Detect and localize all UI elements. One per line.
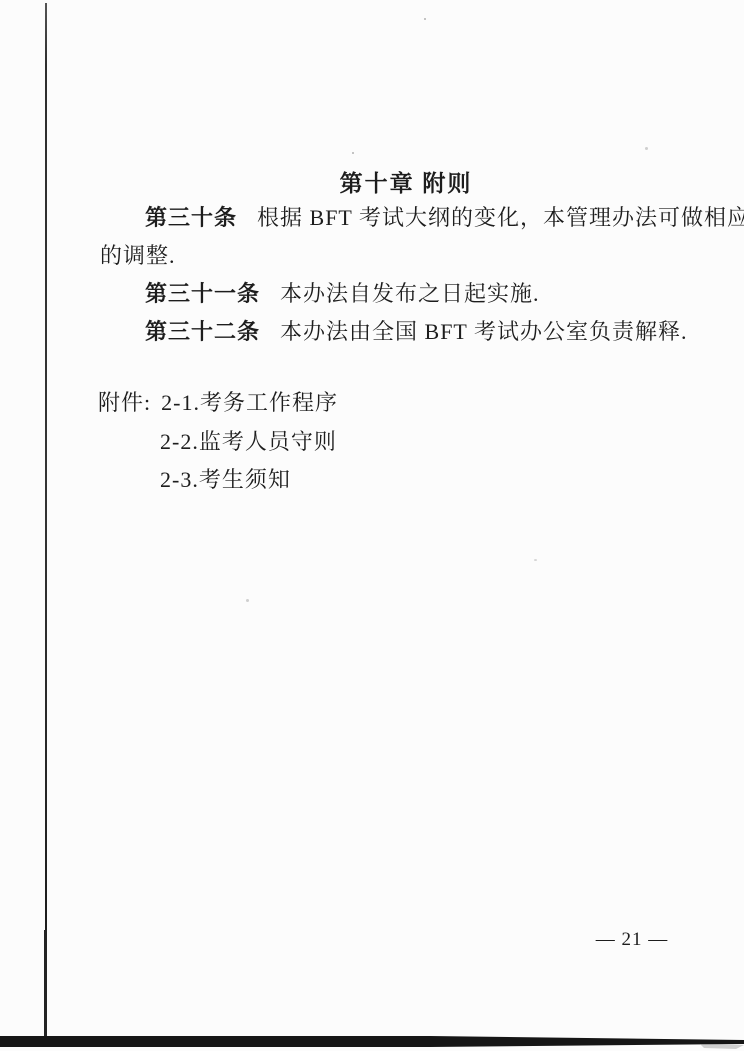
scan-edge-line-left — [45, 3, 47, 1042]
scan-speck — [645, 147, 648, 150]
article-31-line: 第三十一条本办法自发布之日起实施. — [145, 280, 540, 308]
article-30-line-2: 的调整. — [100, 242, 176, 270]
scan-speck — [424, 18, 426, 20]
scanned-document-page: 第十章 附则 第三十条根据 BFT 考试大纲的变化，本管理办法可做相应 的调整.… — [0, 0, 744, 1051]
scan-speck — [246, 599, 249, 602]
chapter-title: 第十章 附则 — [100, 165, 712, 198]
article-32-line: 第三十二条本办法由全国 BFT 考试办公室负责解释. — [145, 318, 687, 346]
article-32-number: 第三十二条 — [145, 319, 260, 344]
article-30-number: 第三十条 — [145, 205, 237, 230]
article-30-text: 根据 BFT 考试大纲的变化，本管理办法可做相应 — [257, 205, 744, 230]
attachments-label: 附件: — [98, 390, 151, 415]
article-31-number: 第三十一条 — [145, 281, 260, 306]
article-31-text: 本办法自发布之日起实施. — [280, 281, 540, 306]
scan-edge-bar-bottom — [0, 1030, 744, 1051]
attachment-item-1: 2-1.考务工作程序 — [161, 390, 338, 415]
scan-edge-line-left-lower — [44, 930, 47, 1040]
article-30-line-1: 第三十条根据 BFT 考试大纲的变化，本管理办法可做相应 — [145, 204, 744, 232]
attachments-line-1: 附件:2-1.考务工作程序 — [98, 389, 338, 417]
article-32-text: 本办法由全国 BFT 考试办公室负责解释. — [280, 319, 687, 344]
scan-speck — [534, 559, 537, 561]
attachments-line-2: 2-2.监考人员守则 — [160, 428, 337, 456]
scan-speck — [352, 152, 354, 154]
attachments-line-3: 2-3.考生须知 — [160, 466, 291, 494]
page-number: — 21 — — [584, 929, 680, 951]
